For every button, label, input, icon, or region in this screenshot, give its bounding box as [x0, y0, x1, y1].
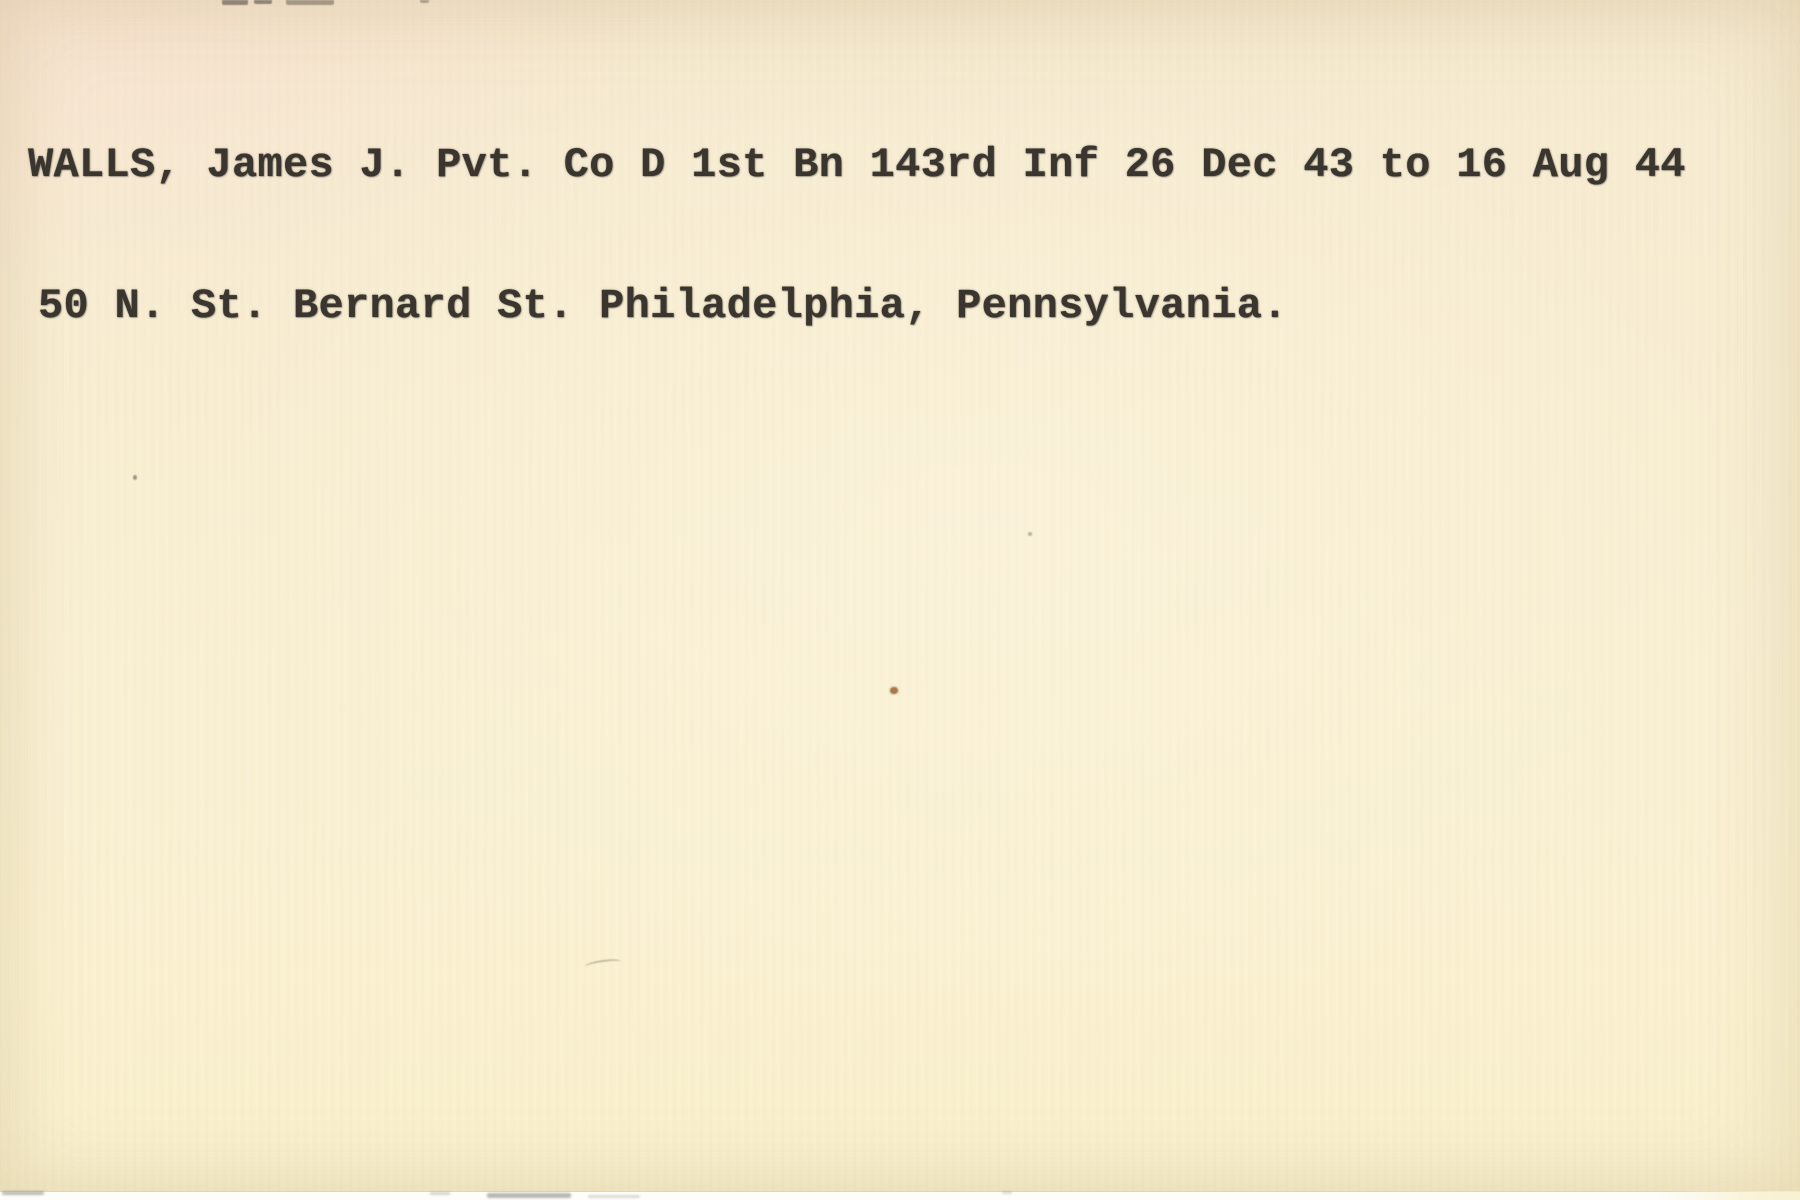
scan-smudge	[430, 1192, 450, 1195]
typed-text-block: WALLS, James J. Pvt. Co D 1st Bn 143rd I…	[28, 48, 1686, 424]
paper-speck	[133, 475, 137, 480]
cutoff-print-fragment	[254, 0, 272, 4]
paper-speck	[890, 687, 898, 694]
paper-scratch	[585, 958, 622, 971]
scan-smudge	[588, 1195, 640, 1198]
scan-smudge	[487, 1193, 571, 1198]
scan-smudge	[1002, 1191, 1012, 1194]
scanner-edge-strip	[0, 1191, 1800, 1200]
cutoff-print-fragment	[222, 0, 248, 5]
typed-line-soldier-record: WALLS, James J. Pvt. Co D 1st Bn 143rd I…	[28, 142, 1686, 189]
scanned-document: WALLS, James J. Pvt. Co D 1st Bn 143rd I…	[0, 0, 1800, 1200]
cutoff-print-fragment	[420, 0, 429, 3]
cutoff-print-fragment	[286, 0, 334, 5]
index-card: WALLS, James J. Pvt. Co D 1st Bn 143rd I…	[0, 0, 1800, 1192]
paper-speck	[1028, 532, 1032, 536]
scan-smudge	[2, 1191, 44, 1195]
typed-line-address: 50 N. St. Bernard St. Philadelphia, Penn…	[38, 283, 1686, 330]
